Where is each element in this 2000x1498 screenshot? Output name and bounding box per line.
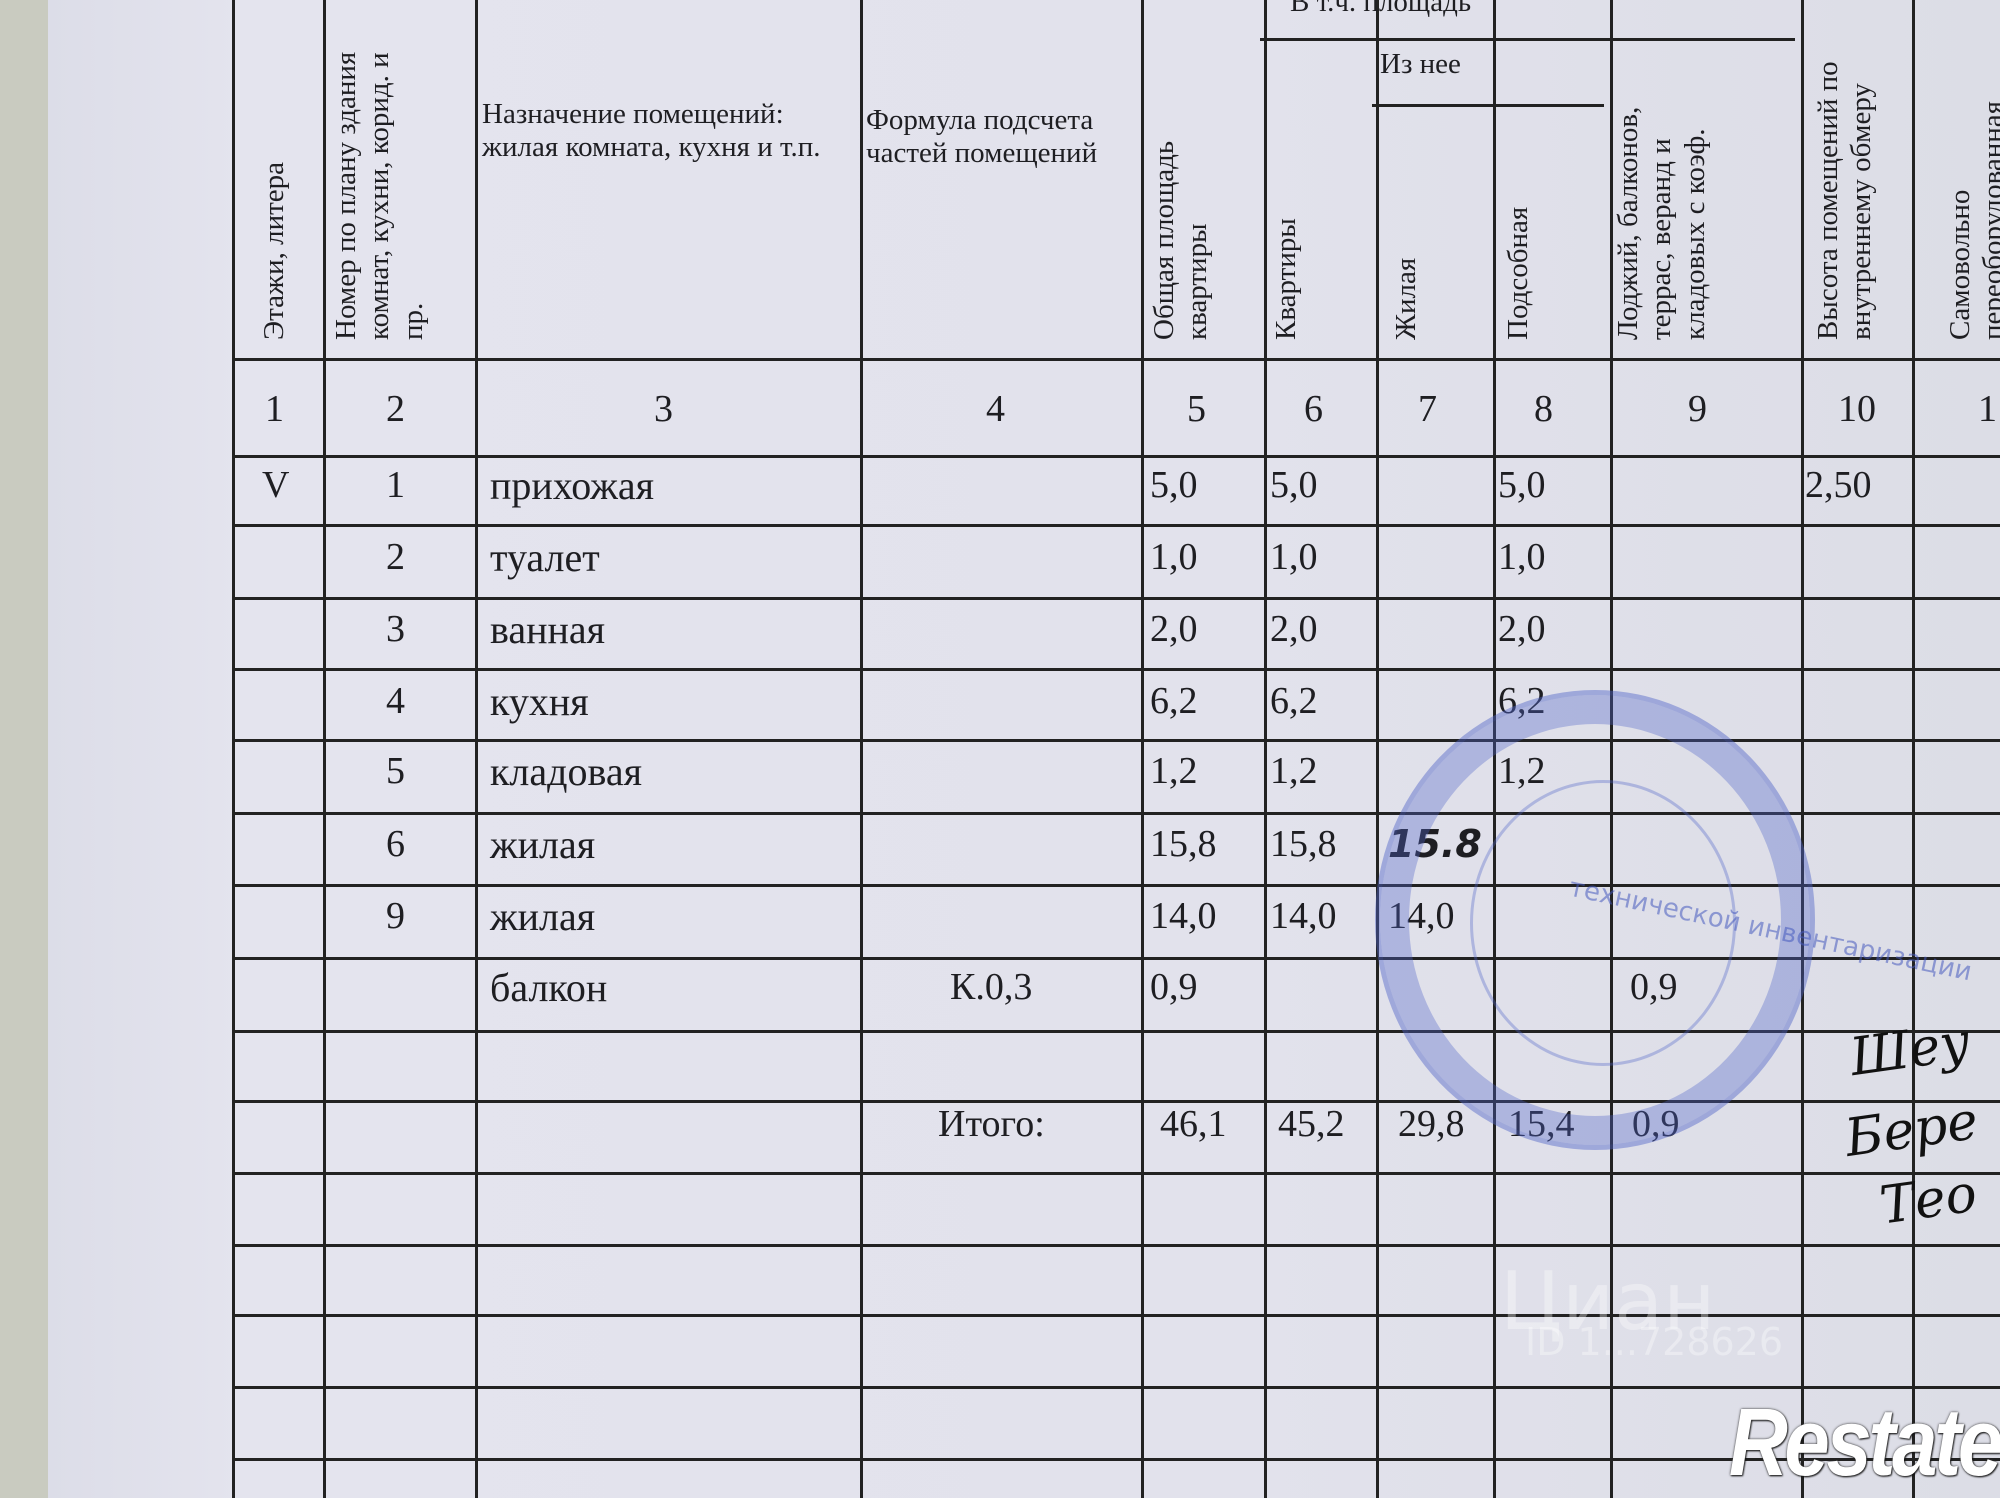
total-area-cell: 2,0 — [1150, 610, 1198, 648]
apartment-area-cell: 14,0 — [1270, 897, 1337, 935]
totals-label: Итого: — [938, 1105, 1045, 1143]
header-incl-area: В т.ч. площадь — [1290, 0, 1471, 19]
total-area-cell: 1,2 — [1150, 752, 1198, 790]
row-line — [232, 358, 2000, 361]
column-number: 5 — [1187, 390, 1206, 428]
row-line — [232, 1244, 2000, 1247]
column-line — [232, 0, 235, 1498]
auxiliary-area-cell: 1,0 — [1498, 538, 1546, 576]
total-area-cell: 6,2 — [1150, 682, 1198, 720]
total-area-cell: 14,0 — [1150, 897, 1217, 935]
apartment-area-cell: 5,0 — [1270, 466, 1318, 504]
room-number-cell: 6 — [386, 825, 405, 863]
apartment-area-cell: 1,0 — [1270, 538, 1318, 576]
row-line — [232, 668, 2000, 671]
room-number-cell: 4 — [386, 682, 405, 720]
totals-apartment-area: 45,2 — [1278, 1105, 1345, 1143]
apartment-area-cell: 6,2 — [1270, 682, 1318, 720]
apartment-area-cell: 2,0 — [1270, 610, 1318, 648]
header-subline — [1372, 104, 1604, 107]
formula-cell: К.0,3 — [950, 968, 1032, 1006]
totals-living-area: 29,8 — [1398, 1105, 1465, 1143]
header-living: Жилая — [1390, 258, 1423, 340]
room-name-cell: прихожая — [490, 466, 654, 506]
column-number: 9 — [1688, 390, 1707, 428]
column-number: 10 — [1838, 390, 1876, 428]
total-area-cell: 0,9 — [1150, 968, 1198, 1006]
height-cell: 2,50 — [1805, 466, 1872, 504]
floor-cell: V — [262, 466, 289, 504]
column-number: 1 — [1978, 390, 1997, 428]
header-room-number: Номер по плану здания комнат, кухни, кор… — [330, 40, 430, 340]
column-line — [1801, 0, 1804, 1498]
room-number-cell: 3 — [386, 610, 405, 648]
auxiliary-area-cell: 5,0 — [1498, 466, 1546, 504]
column-line — [1264, 0, 1267, 1498]
column-line — [1912, 0, 1915, 1498]
row-line — [232, 1100, 2000, 1103]
totals-total-area: 46,1 — [1160, 1105, 1227, 1143]
total-area-cell: 5,0 — [1150, 466, 1198, 504]
apartment-area-cell: 15,8 — [1270, 825, 1337, 863]
column-line — [323, 0, 326, 1498]
room-number-cell: 9 — [386, 897, 405, 935]
header-self-modified: Самовольно переоборудованная — [1944, 60, 2000, 340]
room-name-cell: ванная — [490, 610, 605, 650]
header-loggia: Лоджий, балконов, террас, веранд и кладо… — [1612, 80, 1712, 340]
column-number: 2 — [386, 390, 405, 428]
header-apartment: Квартиры — [1270, 218, 1303, 340]
column-number: 4 — [986, 390, 1005, 428]
column-number: 7 — [1418, 390, 1437, 428]
header-subline — [1260, 38, 1795, 41]
header-formula: Формула подсчета частей помещений — [866, 104, 1116, 171]
room-name-cell: туалет — [490, 538, 600, 578]
apartment-area-cell: 1,2 — [1270, 752, 1318, 790]
header-floor: Этажи, литера — [258, 162, 291, 340]
room-name-cell: балкон — [490, 968, 607, 1008]
column-line — [1376, 0, 1379, 1498]
header-total-area: Общая площадь квартиры — [1148, 90, 1215, 340]
watermark-id: ID 1...728626 — [1525, 1320, 1783, 1364]
row-line — [232, 524, 2000, 527]
room-name-cell: жилая — [490, 897, 595, 937]
column-number: 3 — [654, 390, 673, 428]
column-number: 6 — [1304, 390, 1323, 428]
row-line — [232, 1314, 2000, 1317]
room-name-cell: кухня — [490, 682, 589, 722]
row-line — [232, 1172, 2000, 1175]
total-area-cell: 15,8 — [1150, 825, 1217, 863]
restate-logo: Restate — [1729, 1388, 2000, 1498]
column-line — [860, 0, 863, 1498]
header-auxiliary: Подсобная — [1502, 207, 1535, 340]
auxiliary-area-cell: 2,0 — [1498, 610, 1546, 648]
room-number-cell: 2 — [386, 538, 405, 576]
room-name-cell: жилая — [490, 825, 595, 865]
column-number: 1 — [265, 390, 284, 428]
row-line — [232, 597, 2000, 600]
column-number: 8 — [1534, 390, 1553, 428]
column-line — [1141, 0, 1144, 1498]
header-height: Высота помещений по внутреннему обмеру — [1812, 10, 1879, 340]
room-name-cell: кладовая — [490, 752, 642, 792]
row-line — [232, 455, 2000, 458]
room-number-cell: 1 — [386, 466, 405, 504]
column-line — [475, 0, 478, 1498]
room-number-cell: 5 — [386, 752, 405, 790]
header-of-it: Из нее — [1380, 48, 1461, 81]
total-area-cell: 1,0 — [1150, 538, 1198, 576]
header-purpose: Назначение помещений: жилая комната, кух… — [482, 98, 822, 165]
